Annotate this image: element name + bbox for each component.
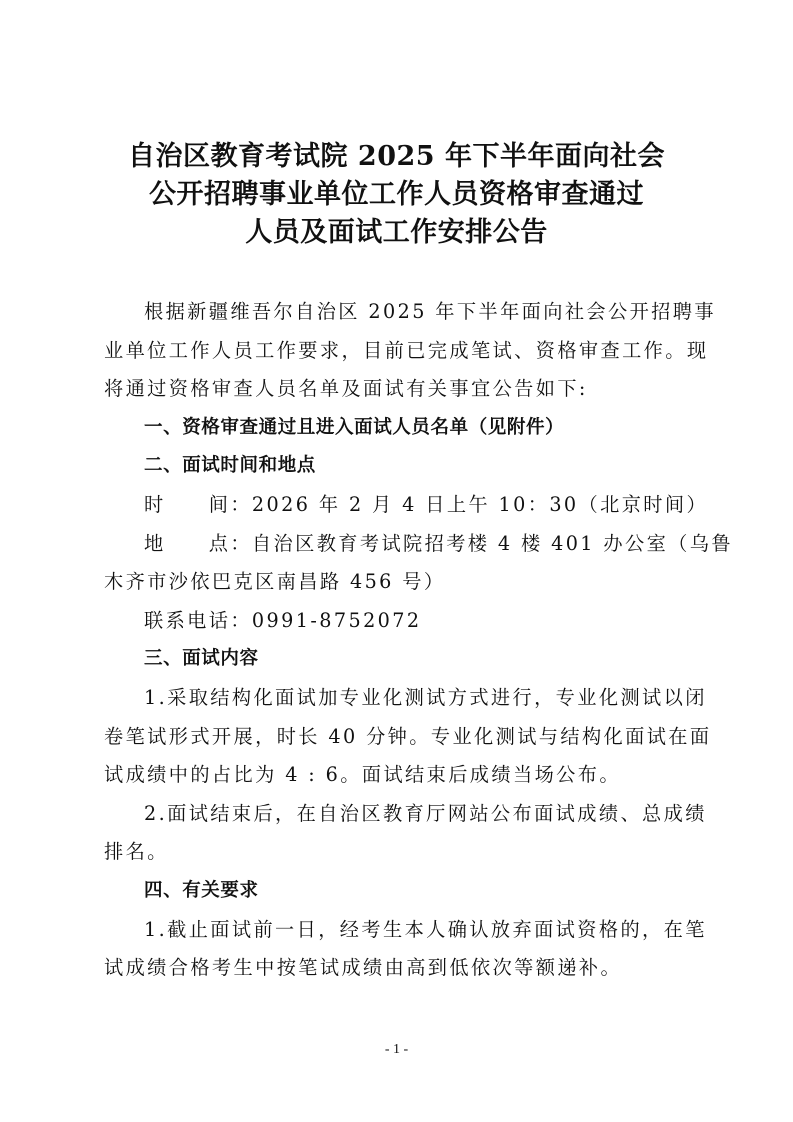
section-4-heading: 四、有关要求 (104, 872, 692, 911)
section-3-item-2-line-1: 2.面试结束后，在自治区教育厅网站公布面试成绩、总成绩 (104, 795, 692, 834)
section-4-item-1-line-1: 1.截止面试前一日，经考生本人确认放弃面试资格的，在笔 (104, 911, 692, 950)
section-3-item-1-line-1: 1.采取结构化面试加专业化测试方式进行，专业化测试以闭 (104, 679, 692, 718)
intro-line-3: 将通过资格审查人员名单及面试有关事宜公告如下: (104, 370, 692, 409)
title-line-2: 公开招聘事业单位工作人员资格审查通过 (100, 176, 693, 214)
interview-place-line-1: 地 点：自治区教育考试院招考楼 4 楼 401 办公室（乌鲁 (104, 525, 692, 564)
interview-time: 时 间：2026 年 2 月 4 日上午 10：30（北京时间） (104, 486, 692, 525)
intro-line-1: 根据新疆维吾尔自治区 2025 年下半年面向社会公开招聘事 (104, 293, 692, 332)
page-number: - 1 - (0, 1042, 793, 1058)
section-1-heading: 一、资格审查通过且进入面试人员名单（见附件） (104, 409, 692, 448)
section-2-heading: 二、面试时间和地点 (104, 447, 692, 486)
section-3-heading: 三、面试内容 (104, 640, 692, 679)
section-3-item-1-line-2: 卷笔试形式开展，时长 40 分钟。专业化测试与结构化面试在面 (104, 718, 692, 757)
section-3-item-1-line-3: 试成绩中的占比为 4 : 6。面试结束后成绩当场公布。 (104, 756, 692, 795)
document-body: 根据新疆维吾尔自治区 2025 年下半年面向社会公开招聘事 业单位工作人员工作要… (104, 293, 692, 988)
contact-phone: 联系电话：0991-8752072 (104, 602, 692, 641)
interview-place-line-2: 木齐市沙依巴克区南昌路 456 号） (104, 563, 692, 602)
document-title: 自治区教育考试院 2025 年下半年面向社会 公开招聘事业单位工作人员资格审查通… (100, 138, 693, 252)
title-line-3: 人员及面试工作安排公告 (100, 214, 693, 252)
section-4-item-1-line-2: 试成绩合格考生中按笔试成绩由高到低依次等额递补。 (104, 949, 692, 988)
title-line-1: 自治区教育考试院 2025 年下半年面向社会 (100, 138, 693, 176)
document-page: 自治区教育考试院 2025 年下半年面向社会 公开招聘事业单位工作人员资格审查通… (0, 0, 793, 1122)
intro-line-2: 业单位工作人员工作要求，目前已完成笔试、资格审查工作。现 (104, 332, 692, 371)
section-3-item-2-line-2: 排名。 (104, 833, 692, 872)
